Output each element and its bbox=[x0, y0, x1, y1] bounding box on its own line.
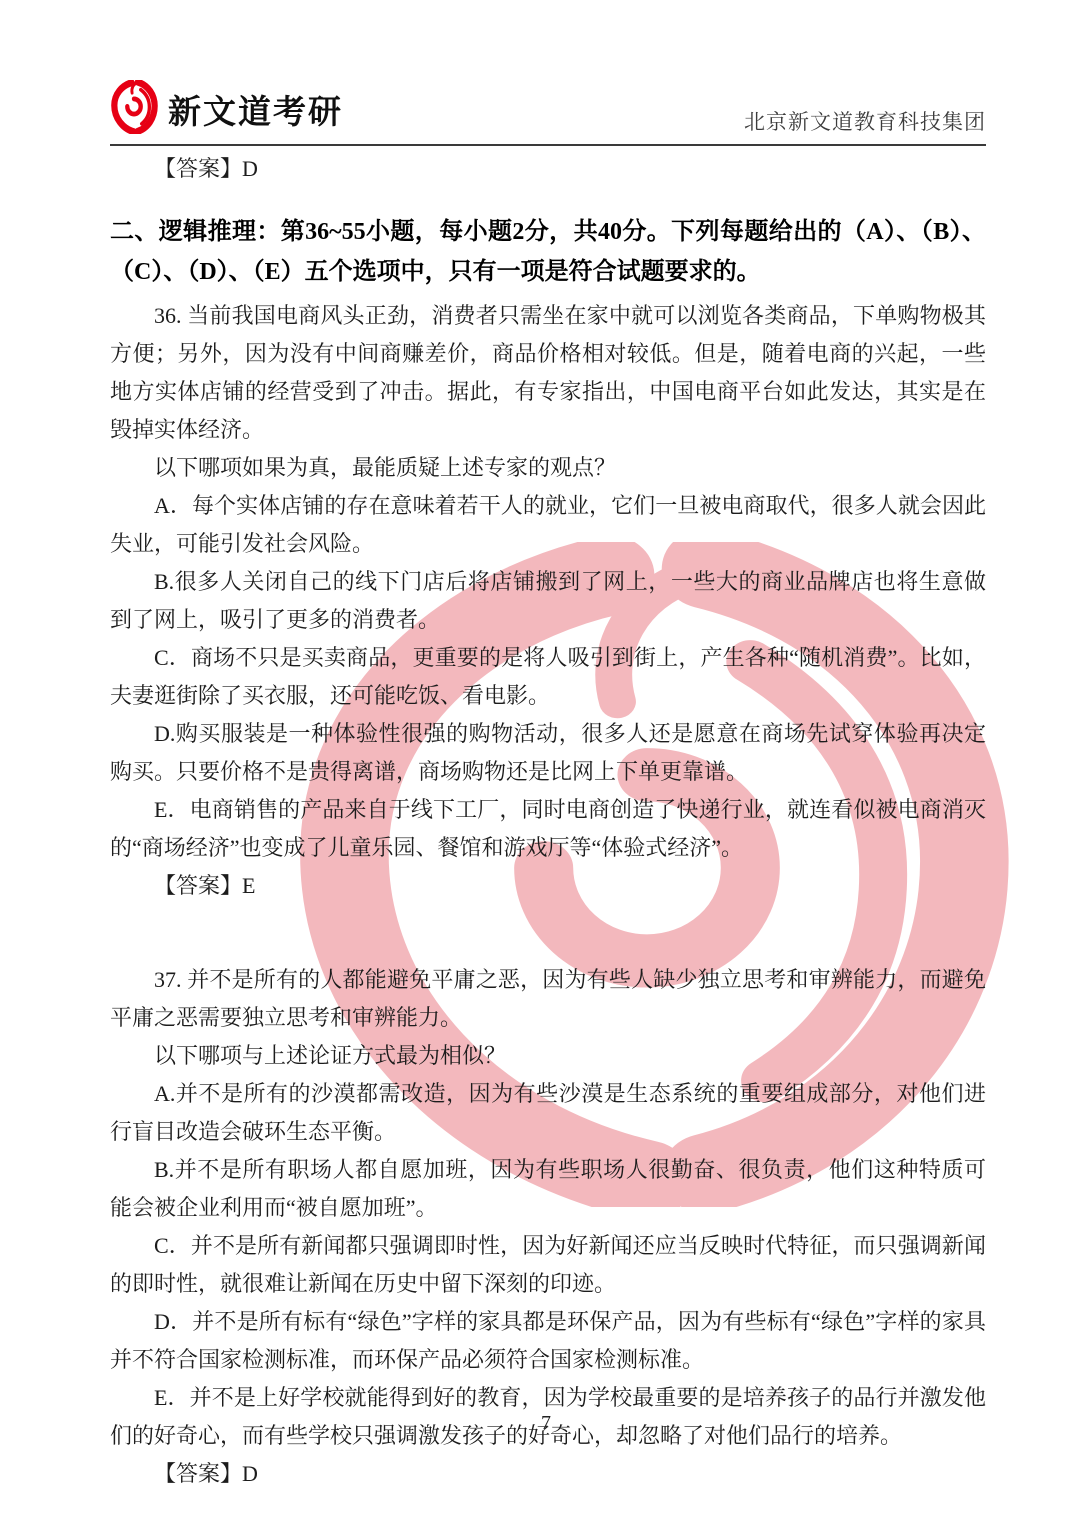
option-b: B.很多人关闭自己的线下门店后将店铺搬到了网上，一些大的商业品牌店也将生意做到了… bbox=[110, 563, 986, 639]
phoenix-logo-icon bbox=[110, 80, 158, 139]
question-stem: 37. 并不是所有的人都能避免平庸之恶，因为有些人缺少独立思考和审辨能力，而避免… bbox=[110, 961, 986, 1037]
section-heading: 二、逻辑推理：第36~55小题，每小题2分，共40分。下列每题给出的（A）、（B… bbox=[110, 212, 986, 292]
page-header: 新文道考研 北京新文道教育科技集团 bbox=[110, 0, 986, 146]
document-page: 新文道考研 北京新文道教育科技集团 【答案】D 二、逻辑推理：第36~55小题，… bbox=[0, 0, 1092, 1535]
option-a: A.并不是所有的沙漠都需改造，因为有些沙漠是生态系统的重要组成部分，对他们进行盲… bbox=[110, 1075, 986, 1151]
question-prompt: 以下哪项如果为真，最能质疑上述专家的观点？ bbox=[110, 449, 986, 487]
answer-line: 【答案】E bbox=[110, 867, 986, 905]
question-stem: 36. 当前我国电商风头正劲，消费者只需坐在家中就可以浏览各类商品，下单购物极其… bbox=[110, 297, 986, 449]
page-number: 7 bbox=[0, 1412, 1092, 1435]
option-c: C．商场不只是买卖商品，更重要的是将人吸引到街上，产生各种“随机消费”。比如，夫… bbox=[110, 639, 986, 715]
option-b: B.并不是所有职场人都自愿加班，因为有些职场人很勤奋、很负责，他们这种特质可能会… bbox=[110, 1151, 986, 1227]
option-d: D.购买服装是一种体验性很强的购物活动，很多人还是愿意在商场先试穿体验再决定购买… bbox=[110, 715, 986, 791]
option-c: C．并不是所有新闻都只强调即时性，因为好新闻还应当反映时代特征，而只强调新闻的即… bbox=[110, 1227, 986, 1303]
answer-line-previous: 【答案】D bbox=[110, 151, 986, 187]
option-e: E．电商销售的产品来自于线下工厂，同时电商创造了快递行业，就连看似被电商消灭的“… bbox=[110, 791, 986, 867]
brand-name: 新文道考研 bbox=[168, 86, 343, 133]
answer-line: 【答案】D bbox=[110, 1455, 986, 1493]
question-prompt: 以下哪项与上述论证方式最为相似？ bbox=[110, 1037, 986, 1075]
brand-logo: 新文道考研 bbox=[110, 80, 343, 139]
option-a: A．每个实体店铺的存在意味着若干人的就业，它们一旦被电商取代，很多人就会因此失业… bbox=[110, 487, 986, 563]
exam-content: 【答案】D 二、逻辑推理：第36~55小题，每小题2分，共40分。下列每题给出的… bbox=[110, 151, 986, 1493]
company-name: 北京新文道教育科技集团 bbox=[744, 106, 986, 139]
option-d: D．并不是所有标有“绿色”字样的家具都是环保产品，因为有些标有“绿色”字样的家具… bbox=[110, 1303, 986, 1379]
question-36: 36. 当前我国电商风头正劲，消费者只需坐在家中就可以浏览各类商品，下单购物极其… bbox=[110, 297, 986, 905]
